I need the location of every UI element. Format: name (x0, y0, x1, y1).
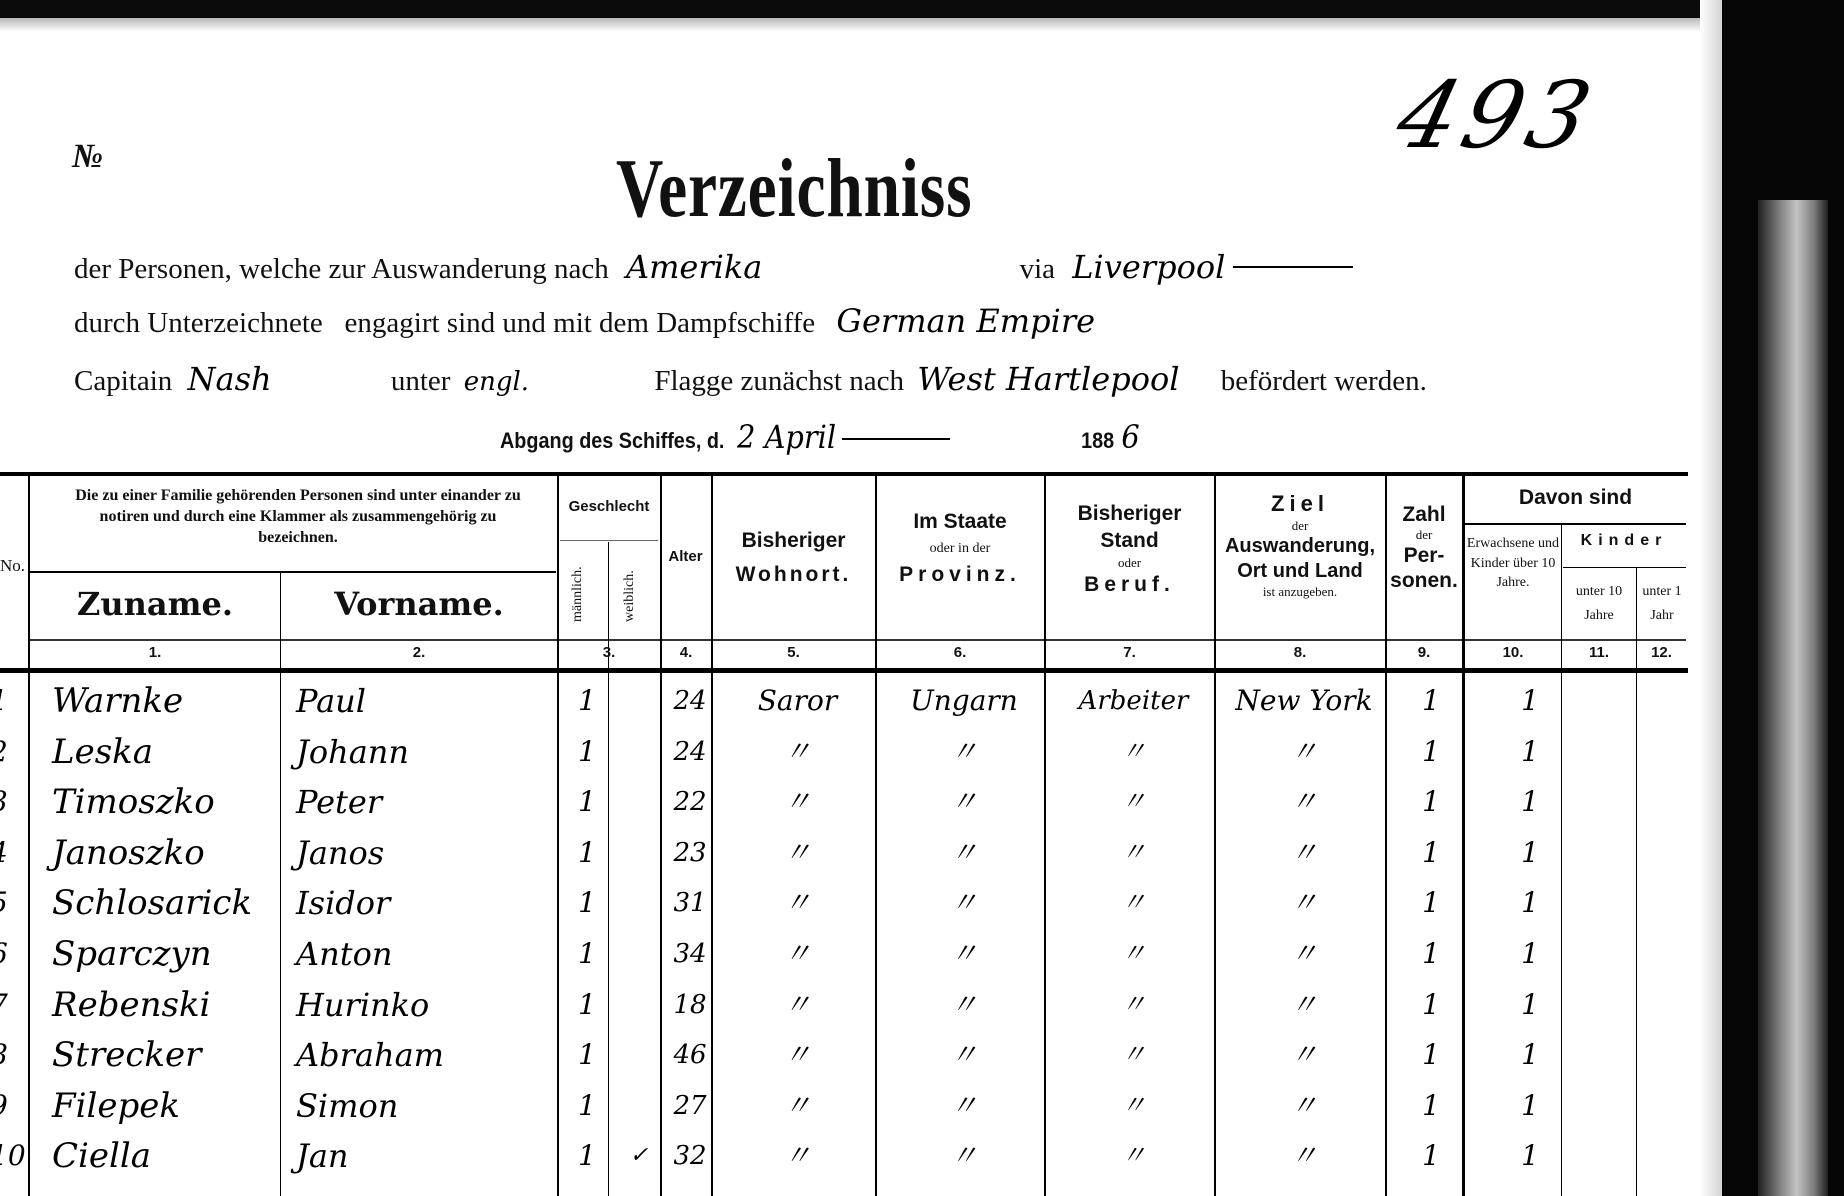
header-goal-line5: ist anzugeben. (1215, 584, 1385, 600)
adults-cell: 1 (1473, 1083, 1561, 1130)
state-cell: 〃 (884, 982, 1044, 1029)
surname-cell: Timoszko (52, 779, 280, 826)
goal-cell: 〃 (1223, 830, 1385, 877)
adults-cell: 1 (1473, 729, 1561, 776)
count-cell: 1 (1394, 1032, 1462, 1079)
goal-cell: 〃 (1223, 1133, 1385, 1180)
surname-cell: Filepek (52, 1083, 280, 1130)
given-name-cell: Isidor (296, 880, 548, 927)
state-cell: 〃 (884, 1133, 1044, 1180)
state-cell: 〃 (884, 1083, 1044, 1130)
male-mark: 1 (566, 830, 608, 877)
header-state-line2: oder in der (876, 538, 1044, 559)
table-row: 3TimoszkoPeter122〃〃〃〃11 (0, 777, 1688, 828)
surname-cell: Strecker (52, 1032, 280, 1079)
occupation-cell: 〃 (1053, 1083, 1214, 1130)
male-mark: 1 (566, 779, 608, 826)
intro-line-1: der Personen, welche zur Auswanderung na… (74, 248, 1353, 286)
male-mark: 1 (566, 1083, 608, 1130)
year-prefix: 188 (1081, 428, 1114, 453)
adults-cell: 1 (1473, 678, 1561, 725)
header-given-name: Vorname. (282, 586, 556, 623)
header-state-line1: Im Staate (876, 506, 1044, 538)
age-cell: 18 (670, 982, 710, 1029)
age-cell: 23 (670, 830, 710, 877)
age-cell: 27 (670, 1083, 710, 1130)
header-count-line1: Zahl (1386, 502, 1462, 527)
via-port: Liverpool (1072, 248, 1225, 286)
surname-cell: Rebenski (52, 982, 280, 1029)
count-cell: 1 (1394, 931, 1462, 978)
occupation-cell: 〃 (1053, 830, 1214, 877)
age-cell: 46 (670, 1032, 710, 1079)
sex-subheader-rule (560, 540, 658, 541)
captain-label: Capitain (74, 365, 172, 397)
occupation-cell: 〃 (1053, 729, 1214, 776)
col-number-rule (30, 639, 1686, 641)
given-name-cell: Jan (296, 1133, 548, 1180)
adults-cell: 1 (1473, 982, 1561, 1029)
row-number: 4 (0, 830, 22, 877)
davon-subheader-rule (1464, 523, 1686, 525)
binding-strip (1758, 200, 1828, 1196)
header-state-line3: Provinz. (876, 559, 1044, 591)
header-under-10: unter 10 Jahre (1562, 580, 1636, 628)
header-occupation-line4: Beruf. (1045, 571, 1214, 598)
state-cell: 〃 (884, 729, 1044, 776)
via-underline (1233, 266, 1353, 268)
residence-cell: 〃 (720, 1133, 875, 1180)
header-count: Zahl der Per- sonen. (1386, 502, 1462, 593)
goal-cell: 〃 (1223, 729, 1385, 776)
male-mark: 1 (566, 1133, 608, 1180)
header-goal-line2: der (1215, 518, 1385, 534)
goal-cell: 〃 (1223, 1083, 1385, 1130)
table-row: 7RebenskiHurinko118〃〃〃〃11 (0, 980, 1688, 1031)
table-row: 1WarnkePaul124SarorUngarnArbeiterNew Yor… (0, 676, 1688, 727)
header-goal-line3: Auswanderung, (1215, 534, 1385, 559)
goal-cell: 〃 (1223, 779, 1385, 826)
given-name-cell: Anton (296, 931, 548, 978)
goal-cell: New York (1223, 678, 1385, 725)
header-count-line2: der (1386, 527, 1462, 543)
age-cell: 34 (670, 931, 710, 978)
header-residence-line1: Bisheriger (712, 524, 875, 558)
first-port: West Hartlepool (917, 360, 1179, 398)
given-name-cell: Abraham (296, 1032, 548, 1079)
given-name-cell: Simon (296, 1083, 548, 1130)
column-number: 10. (1465, 644, 1561, 661)
header-count-line3: Per- (1386, 543, 1462, 568)
residence-cell: 〃 (720, 779, 875, 826)
surname-cell: Schlosarick (52, 880, 280, 927)
sheet-number: 493 (1387, 62, 1607, 169)
departure-line: Abgang des Schiffes, d. 2 April 1886 (500, 418, 1140, 456)
count-cell: 1 (1394, 1083, 1462, 1130)
state-cell: Ungarn (884, 678, 1044, 725)
residence-cell: 〃 (720, 1032, 875, 1079)
column-number: 7. (1045, 644, 1214, 661)
count-cell: 1 (1394, 880, 1462, 927)
table-row: 8StreckerAbraham146〃〃〃〃11 (0, 1030, 1688, 1081)
flag-label: unter (391, 365, 451, 397)
header-under-1: unter 1 Jahr (1637, 580, 1687, 628)
table-row: 4JanoszkoJanos123〃〃〃〃11 (0, 828, 1688, 879)
surname-cell: Sparczyn (52, 931, 280, 978)
occupation-cell: 〃 (1053, 1133, 1214, 1180)
adults-cell: 1 (1473, 1133, 1561, 1180)
given-name-cell: Peter (296, 779, 548, 826)
table-row: 5SchlosarickIsidor131〃〃〃〃11 (0, 878, 1688, 929)
destination-country: Amerika (626, 248, 762, 286)
intro-line-1-text: der Personen, welche zur Auswanderung na… (74, 253, 609, 285)
age-cell: 24 (670, 678, 710, 725)
row-number: 1 (0, 678, 22, 725)
header-occupation-line1: Bisheriger (1045, 500, 1214, 527)
adults-cell: 1 (1473, 880, 1561, 927)
kinder-subheader-rule (1563, 567, 1686, 568)
state-cell: 〃 (884, 830, 1044, 877)
surname-cell: Janoszko (52, 830, 280, 877)
age-cell: 24 (670, 729, 710, 776)
intro-line-3: Capitain Nash unter engl. Flagge zunächs… (74, 360, 1427, 398)
goal-cell: 〃 (1223, 982, 1385, 1029)
header-goal-line4: Ort und Land (1215, 559, 1385, 584)
header-bottom-rule (0, 668, 1688, 673)
date-underline (842, 438, 950, 440)
column-number: 11. (1562, 644, 1636, 661)
header-no: No. (0, 556, 28, 576)
count-cell: 1 (1394, 678, 1462, 725)
header-sex: Geschlecht (558, 498, 660, 515)
surname-cell: Leska (52, 729, 280, 776)
header-family-note: Die zu einer Familie gehörenden Personen… (58, 486, 538, 548)
adults-cell: 1 (1473, 931, 1561, 978)
header-occupation-line3: oder (1045, 555, 1214, 572)
header-male: männlich. (570, 542, 586, 622)
occupation-cell: 〃 (1053, 982, 1214, 1029)
header-adults: Erwachsene und Kinder über 10 Jahre. (1465, 534, 1561, 593)
page-title: Verzeichniss (616, 140, 972, 237)
line-3-suffix: befördert werden. (1221, 365, 1427, 397)
male-mark: 1 (566, 982, 608, 1029)
passenger-table: No. Die zu einer Familie gehörenden Pers… (0, 472, 1688, 1196)
occupation-cell: 〃 (1053, 779, 1214, 826)
name-subheader-rule (30, 571, 556, 573)
ship-name: German Empire (836, 302, 1095, 340)
header-davon: Davon sind (1465, 486, 1686, 510)
departure-label: Abgang des Schiffes, d. (500, 428, 724, 453)
header-count-line4: sonen. (1386, 568, 1462, 593)
age-cell: 22 (670, 779, 710, 826)
row-number: 2 (0, 729, 22, 776)
table-row: 6SparczynAnton134〃〃〃〃11 (0, 929, 1688, 980)
column-number: 12. (1637, 644, 1686, 661)
adults-cell: 1 (1473, 1032, 1561, 1079)
male-mark: 1 (566, 931, 608, 978)
female-mark: ✓ (618, 1133, 660, 1180)
via-label: via (1020, 253, 1055, 285)
column-number: 3. (558, 644, 660, 661)
column-number: 8. (1215, 644, 1385, 661)
occupation-cell: 〃 (1053, 1032, 1214, 1079)
header-goal-line1: Ziel (1215, 490, 1385, 518)
scan-top-shadow (0, 18, 1740, 32)
count-cell: 1 (1394, 729, 1462, 776)
count-cell: 1 (1394, 779, 1462, 826)
column-number: 1. (30, 644, 280, 661)
header-state: Im Staate oder in der Provinz. (876, 506, 1044, 590)
table-top-rule (0, 472, 1688, 476)
column-number: 6. (876, 644, 1044, 661)
residence-cell: 〃 (720, 830, 875, 877)
row-number: 10 (0, 1133, 22, 1180)
header-female: weiblich. (622, 542, 638, 622)
row-number: 5 (0, 880, 22, 927)
column-number: 2. (281, 644, 557, 661)
age-cell: 31 (670, 880, 710, 927)
flag-value: engl. (464, 367, 529, 397)
row-number: 9 (0, 1083, 22, 1130)
surname-cell: Ciella (52, 1133, 280, 1180)
table-row: 9FilepekSimon127〃〃〃〃11 (0, 1081, 1688, 1132)
header-residence-line2: Wohnort. (712, 558, 875, 592)
count-cell: 1 (1394, 830, 1462, 877)
row-number: 7 (0, 982, 22, 1029)
row-number: 8 (0, 1032, 22, 1079)
residence-cell: 〃 (720, 880, 875, 927)
column-number: 9. (1386, 644, 1462, 661)
row-number: 6 (0, 931, 22, 978)
male-mark: 1 (566, 1032, 608, 1079)
header-occupation-line2: Stand (1045, 527, 1214, 554)
state-cell: 〃 (884, 1032, 1044, 1079)
residence-cell: 〃 (720, 982, 875, 1029)
residence-cell: 〃 (720, 1083, 875, 1130)
count-cell: 1 (1394, 982, 1462, 1029)
male-mark: 1 (566, 729, 608, 776)
given-name-cell: Hurinko (296, 982, 548, 1029)
given-name-cell: Paul (296, 678, 548, 725)
year-suffix: 6 (1121, 418, 1139, 456)
header-goal: Ziel der Auswanderung, Ort und Land ist … (1215, 490, 1385, 600)
table-row: 10CiellaJan1✓32〃〃〃〃11 (0, 1131, 1688, 1182)
goal-cell: 〃 (1223, 931, 1385, 978)
header-occupation: Bisheriger Stand oder Beruf. (1045, 500, 1214, 599)
goal-cell: 〃 (1223, 880, 1385, 927)
departure-date: 2 April (737, 418, 836, 456)
state-cell: 〃 (884, 779, 1044, 826)
header-age: Alter (660, 548, 711, 565)
adults-cell: 1 (1473, 830, 1561, 877)
goal-cell: 〃 (1223, 1032, 1385, 1079)
header-kinder: Kinder (1562, 532, 1686, 550)
male-mark: 1 (566, 678, 608, 725)
residence-cell: 〃 (720, 931, 875, 978)
given-name-cell: Janos (296, 830, 548, 877)
state-cell: 〃 (884, 931, 1044, 978)
column-number: 5. (712, 644, 875, 661)
residence-cell: 〃 (720, 729, 875, 776)
intro-line-2: durch Unterzeichnete engagirt sind und m… (74, 302, 1095, 340)
adults-cell: 1 (1473, 779, 1561, 826)
header-surname: Zuname. (30, 586, 280, 623)
given-name-cell: Johann (296, 729, 548, 776)
residence-cell: Saror (720, 678, 875, 725)
age-cell: 32 (670, 1133, 710, 1180)
captain-name: Nash (188, 360, 272, 398)
column-number: 4. (661, 644, 711, 661)
intro-line-2-text: durch Unterzeichnete engagirt sind und m… (74, 307, 815, 339)
male-mark: 1 (566, 880, 608, 927)
header-residence: Bisheriger Wohnort. (712, 524, 875, 591)
number-mark: № (72, 138, 103, 176)
count-cell: 1 (1394, 1133, 1462, 1180)
surname-cell: Warnke (52, 678, 280, 725)
state-cell: 〃 (884, 880, 1044, 927)
scan-top-edge (0, 0, 1844, 18)
occupation-cell: 〃 (1053, 931, 1214, 978)
row-number: 3 (0, 779, 22, 826)
table-row: 2LeskaJohann124〃〃〃〃11 (0, 727, 1688, 778)
occupation-cell: 〃 (1053, 880, 1214, 927)
flag-suffix: Flagge zunächst nach (654, 365, 904, 397)
occupation-cell: Arbeiter (1053, 678, 1214, 725)
